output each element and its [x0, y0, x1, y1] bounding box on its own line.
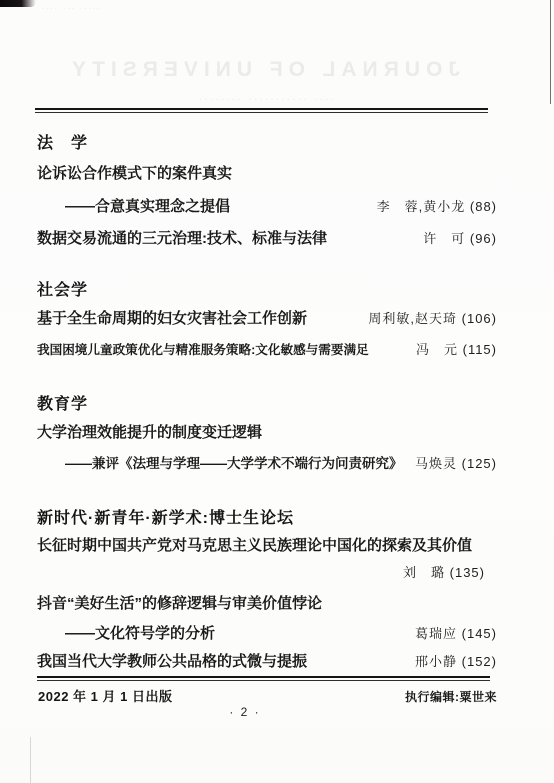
toc-entry: ——合意真实理念之提倡 李 蓉,黄小龙 (88) [37, 195, 497, 216]
toc-rule-bottom [37, 676, 490, 681]
article-subtitle: ——文化符号学的分析 [37, 622, 215, 643]
article-title: 我国当代大学教师公共品格的式微与提振 [37, 650, 307, 671]
article-title: 大学治理效能提升的制度变迁逻辑 [37, 421, 262, 442]
section-title: 社会学 [37, 277, 88, 300]
article-title: 数据交易流通的三元治理:技术、标准与法律 [37, 227, 327, 248]
section-heading-doctoral-forum: 新时代·新青年·新学术:博士生论坛 [37, 505, 497, 528]
page-number: · 2 · [0, 705, 490, 719]
article-authors-page: 许 可 (96) [423, 228, 497, 247]
scan-edge-line-right [550, 0, 551, 104]
article-title: 基于全生命周期的妇女灾害社会工作创新 [37, 307, 307, 328]
article-authors-page: 周利敏,赵天琦 (106) [368, 308, 497, 327]
article-authors-page: 冯 元 (115) [416, 339, 497, 358]
article-title: 我国困境儿童政策优化与精准服务策略:文化敏感与需要满足 [37, 339, 369, 358]
footer: 2022 年 1 月 1 日出版 执行编辑:粟世来 [38, 686, 497, 705]
section-heading-sociology: 社会学 [37, 277, 497, 300]
toc-entry: 数据交易流通的三元治理:技术、标准与法律 许 可 (96) [37, 227, 497, 248]
executive-editor: 执行编辑:粟世来 [405, 688, 497, 705]
toc-entry: 我国当代大学教师公共品格的式微与提振 邢小静 (152) [37, 650, 497, 671]
article-title: 抖音“美好生活”的修辞逻辑与审美价值悖论 [37, 592, 322, 613]
toc-entry: 论诉讼合作模式下的案件真实 [37, 162, 497, 183]
scan-edge-line-bottom-left [30, 737, 31, 783]
publish-date: 2022 年 1 月 1 日出版 [38, 686, 172, 705]
article-title: 论诉讼合作模式下的案件真实 [37, 162, 232, 183]
article-subtitle: ——兼评《法理与学理——大学学术不端行为问责研究》 [37, 452, 403, 472]
toc-entry: 大学治理效能提升的制度变迁逻辑 [37, 421, 497, 442]
article-title: 长征时期中国共产党对马克思主义民族理论中国化的探索及其价值 [37, 534, 472, 555]
toc-entry: 刘 璐 (135) [37, 562, 497, 581]
bleedthrough-masthead: JOURNAL OF UNIVERSITY [58, 58, 468, 82]
toc-entry: 长征时期中国共产党对马克思主义民族理论中国化的探索及其价值 [37, 534, 497, 555]
toc-entry: ——文化符号学的分析 葛瑞应 (145) [37, 622, 497, 643]
toc-entry: 基于全生命周期的妇女灾害社会工作创新 周利敏,赵天琦 (106) [37, 307, 497, 328]
article-authors-page: 李 蓉,黄小龙 (88) [377, 196, 497, 215]
section-title: 教育学 [37, 391, 88, 414]
article-authors-page: 邢小静 (152) [415, 651, 497, 670]
toc-rule-top [35, 108, 488, 113]
article-authors-page: 葛瑞应 (145) [415, 623, 497, 642]
article-subtitle: ——合意真实理念之提倡 [37, 195, 230, 216]
section-title: 法 学 [37, 130, 88, 153]
scanned-toc-page: .... ... ..... JOURNAL OF UNIVERSITY ...… [0, 0, 554, 783]
bleedthrough-top-line: .... ... ..... [42, 2, 342, 11]
section-title: 新时代·新青年·新学术:博士生论坛 [37, 505, 294, 528]
article-authors-page: 刘 璐 (135) [403, 562, 485, 581]
article-authors-page: 马焕灵 (125) [415, 453, 497, 472]
section-heading-education: 教育学 [37, 391, 497, 414]
toc-entry: 抖音“美好生活”的修辞逻辑与审美价值悖论 [37, 592, 497, 613]
toc-entry: 我国困境儿童政策优化与精准服务策略:文化敏感与需要满足 冯 元 (115) [37, 339, 497, 358]
scan-corner-smudge [0, 0, 36, 7]
bleedthrough-subline: .... ........... ........ [112, 92, 418, 102]
section-heading-law: 法 学 [37, 130, 497, 153]
toc-entry: ——兼评《法理与学理——大学学术不端行为问责研究》 马焕灵 (125) [37, 452, 497, 472]
